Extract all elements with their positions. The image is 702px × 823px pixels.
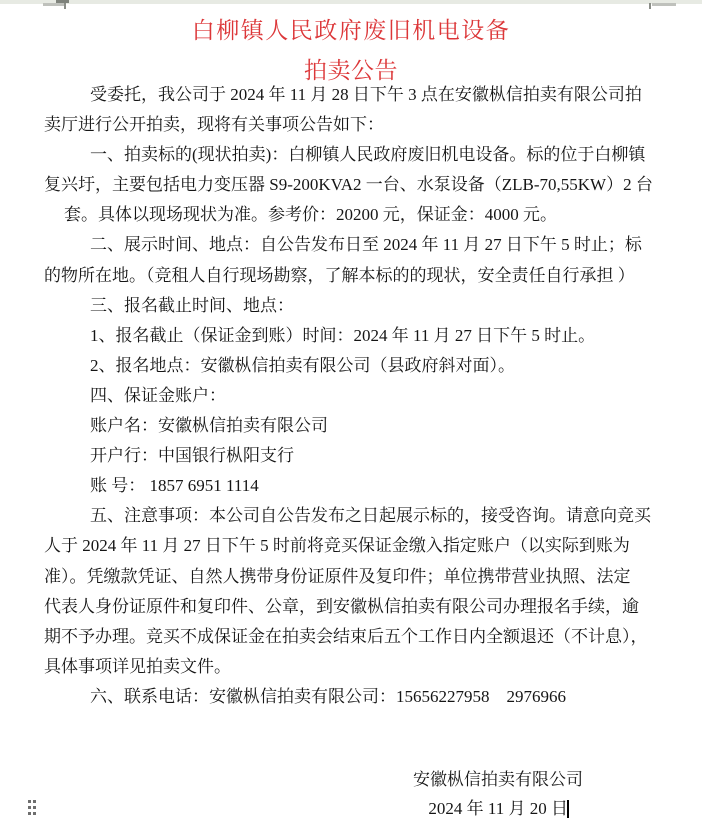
body-line[interactable]: 的物所在地。（竞租人自行现场勘察，了解本标的的现状，安全责任自行承担 ） [44,261,664,291]
drag-handle-icon[interactable] [28,800,36,816]
document-body-text[interactable]: 受委托，我公司于 2024 年 11 月 28 日下午 3 点在安徽枞信拍卖有限… [44,80,664,712]
ruler-right-tick-icon [649,3,651,9]
body-line[interactable]: 三、报名截止时间、地点： [44,291,664,321]
body-line[interactable]: 2、报名地点：安徽枞信拍卖有限公司（县政府斜对面）。 [44,351,664,381]
body-line[interactable]: 账 号： 1857 6951 1114 [44,471,664,501]
top-chrome-strip [0,0,702,4]
body-line[interactable]: 期不予办理。竞买不成保证金在拍卖会结束后五个工作日内全额退还（不计息）， [44,622,664,652]
body-line[interactable]: 1、报名截止（保证金到账）时间：2024 年 11 月 27 日下午 5 时止。 [44,321,664,351]
ruler-left-tick-icon [64,3,66,9]
body-line[interactable]: 六、联系电话：安徽枞信拍卖有限公司：15656227958 2976966 [44,682,664,712]
body-line[interactable]: 账户名：安徽枞信拍卖有限公司 [44,411,664,441]
body-line[interactable]: 二、展示时间、地点：自公告发布日至 2024 年 11 月 27 日下午 5 时… [44,230,664,260]
signature-date[interactable]: 2024 年 11 月 20 日 [428,799,568,819]
body-line[interactable]: 受委托，我公司于 2024 年 11 月 28 日下午 3 点在安徽枞信拍卖有限… [44,80,664,110]
body-line[interactable]: 开户行：中国银行枞阳支行 [44,441,664,471]
body-line[interactable]: 一、拍卖标的(现状拍卖)：白柳镇人民政府废旧机电设备。标的位于白柳镇 [44,140,664,170]
ruler-left-margin-marker-icon[interactable] [43,3,65,6]
body-line[interactable]: 代表人身份证原件和复印件、公章，到安徽枞信拍卖有限公司办理报名手续，逾 [44,592,664,622]
document-title-line1[interactable]: 白柳镇人民政府废旧机电设备 [0,12,702,45]
body-line[interactable]: 具体事项详见拍卖文件。 [44,652,664,682]
text-caret [567,800,569,818]
document-window: 白柳镇人民政府废旧机电设备 拍卖公告 受委托，我公司于 2024 年 11 月 … [0,0,702,823]
body-line[interactable]: 五、注意事项：本公司自公告发布之日起展示标的，接受咨询。请意向竞买 [44,501,664,531]
body-line[interactable]: 卖厅进行公开拍卖，现将有关事项公告如下： [44,110,664,140]
body-line[interactable]: 复兴圩，主要包括电力变压器 S9-200KVA2 一台、水泵设备（ZLB-70,… [44,170,664,200]
body-line[interactable]: 准）。凭缴款凭证、自然人携带身份证原件及复印件；单位携带营业执照、法定 [44,562,664,592]
signature-company[interactable]: 安徽枞信拍卖有限公司 [413,770,583,790]
ruler-right-margin-marker-icon[interactable] [652,3,676,6]
body-line[interactable]: 套。具体以现场现状为准。参考价：20200 元，保证金：4000 元。 [44,200,664,230]
body-line[interactable]: 人于 2024 年 11 月 27 日下午 5 时前将竞买保证金缴入指定账户（以… [44,531,664,561]
body-line[interactable]: 四、保证金账户： [44,381,664,411]
